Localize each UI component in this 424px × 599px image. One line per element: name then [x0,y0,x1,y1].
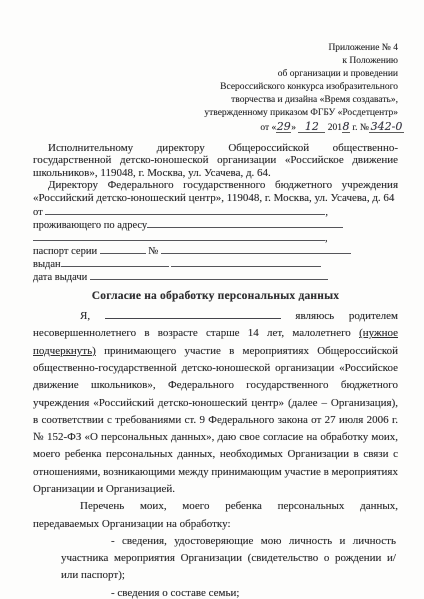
header-line: Приложение № 4 [33,42,398,55]
residence-blank [147,218,343,228]
issue-date-label: дата выдачи [33,272,87,283]
from-line: от , [33,205,398,218]
addressee-paragraph-1: Исполнительному директору Общероссийской… [33,142,398,179]
header-line: утвержденному приказом ФГБУ «Росдетцентр… [33,107,398,120]
header-line: Всероссийского конкурса изобразительного [33,81,398,94]
addressee-paragraph-2: Директору Федерального государственного … [33,179,398,204]
bullet-item: - сведения о составе семьи; [61,585,396,599]
appendix-header: Приложение № 4 к Положению об организаци… [33,42,398,135]
issued-blank-2 [171,257,321,267]
date-close-quote: » [291,123,296,133]
from-label: от [33,207,43,218]
from-comma: , [325,207,328,218]
date-day-handwritten: 29 [276,121,291,133]
applicant-form: от , проживающего по адресу , паспорт се… [33,205,398,283]
passport-line: паспорт серии № [33,244,398,257]
consent-paragraph-2: Перечень моих, моего ребенка персональны… [33,498,398,533]
date-number-label: г. № [352,123,369,133]
passport-series-blank [100,244,146,254]
consent-paragraph-1: Я, являюсь родителем несовершеннолетнего… [33,308,398,498]
order-date-line: от «29» 12 2018 г. №342-0 [33,121,404,135]
residence-blank-line2 [33,231,325,241]
residence-line: проживающего по адресу [33,218,398,231]
residence-label: проживающего по адресу [33,220,147,231]
passport-no-label: № [148,246,158,257]
consent-title: Согласие на обработку персональных данны… [33,290,398,302]
issue-date-blank [90,270,328,280]
passport-series-label: паспорт серии [33,246,97,257]
residence-line-2: , [33,231,398,244]
header-line: к Положению [33,55,398,68]
addressee-block: Исполнительному директору Общероссийской… [33,142,398,204]
issued-label: выдан [33,259,61,270]
issued-blank-1 [61,257,169,267]
header-line: творчества и дизайна «Время создавать», [33,94,398,107]
issued-line: выдан [33,257,398,270]
date-year-digit-handwritten: 8 [342,121,350,133]
applicant-name-blank [105,309,281,319]
date-year-printed: 201 [328,123,342,133]
header-line: об организации и проведении [33,68,398,81]
residence-comma: , [325,233,328,244]
consent-text-segment: принимающего участие в мероприятиях Обще… [33,345,398,495]
consent-body: Я, являюсь родителем несовершеннолетнего… [33,308,398,599]
document-page: Приложение № 4 к Положению об организаци… [0,0,424,599]
date-month-handwritten: 12 [298,121,325,133]
order-number-handwritten: 342-0 [369,121,404,133]
from-blank [45,205,325,215]
passport-no-blank [161,244,351,254]
date-prefix: от « [260,123,276,133]
pronoun: Я, [80,310,90,322]
issue-date-line: дата выдачи [33,270,398,283]
bullet-item: - сведения, удостоверяющие мою личность … [61,533,396,585]
